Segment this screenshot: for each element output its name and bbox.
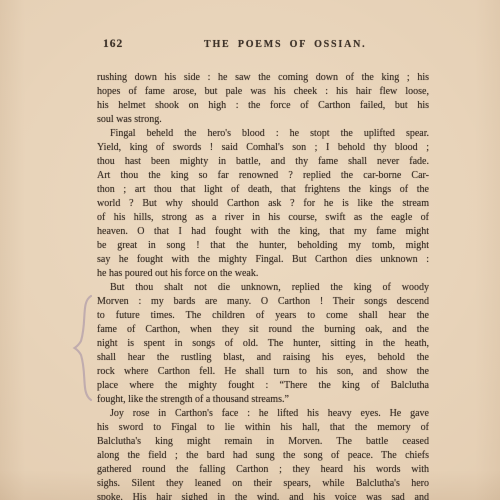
text-line: his sword to Fingal to lie within his ha…: [97, 421, 429, 435]
text-line: Art thou the king so far renowned ? repl…: [97, 169, 429, 183]
text-line: of his hills, strong as a river in his c…: [97, 211, 429, 225]
text-line: his helmet shook on high : the force of …: [97, 99, 429, 113]
text-line: rushing down his side : he saw the comin…: [97, 71, 429, 85]
text-line: gathered round the falling Carthon ; the…: [97, 463, 429, 477]
text-line: Joy rose in Carthon's face : he lifted h…: [97, 407, 429, 421]
text-line: Yield, king of swords ! said Comhal's so…: [97, 141, 429, 155]
text-line: rock where Carthon fell. He shall turn t…: [97, 365, 429, 379]
text-line: But thou shalt not die unknown, replied …: [97, 281, 429, 295]
page-header: 162 THE POEMS OF OSSIAN.: [0, 38, 500, 54]
text-line: thon ; art thou that light of death, tha…: [97, 183, 429, 197]
page-number: 162: [103, 38, 123, 50]
text-line: Balclutha's king might remain in Morven.…: [97, 435, 429, 449]
text-block: rushing down his side : he saw the comin…: [97, 71, 429, 500]
running-title: THE POEMS OF OSSIAN.: [204, 39, 366, 50]
margin-brace-annotation: [70, 293, 96, 403]
text-line: fame of Carthon, when they sit round the…: [97, 323, 429, 337]
text-line: spoke. His hair sighed in the wind, and …: [97, 491, 429, 500]
text-line: place where the mighty fought : “There t…: [97, 379, 429, 393]
text-line: to future times. The children of years t…: [97, 309, 429, 323]
text-line: hopes of fame arose, but pale was his ch…: [97, 85, 429, 99]
text-line: fought, like the strength of a thousand …: [97, 393, 429, 407]
text-line: he has poured out his force on the weak.: [97, 267, 429, 281]
book-page: 162 THE POEMS OF OSSIAN. rushing down hi…: [0, 0, 500, 500]
text-line: shall hear the rustling blast, and raisi…: [97, 351, 429, 365]
text-line: say he fought with the mighty Fingal. Bu…: [97, 253, 429, 267]
text-line: Morven : my bards are many. O Carthon ! …: [97, 295, 429, 309]
text-line: sighs. Silent they leaned on their spear…: [97, 477, 429, 491]
text-line: soul was strong.: [97, 113, 429, 127]
text-line: world ? But why should Carthon ask ? for…: [97, 197, 429, 211]
text-line: thou hast been mighty in battle, and thy…: [97, 155, 429, 169]
text-line: be great in song ! that the hunter, beho…: [97, 239, 429, 253]
text-line: Fingal beheld the hero's blood : he stop…: [97, 127, 429, 141]
text-line: night is spent in songs of old. The hunt…: [97, 337, 429, 351]
text-line: along the field ; the bard had sung the …: [97, 449, 429, 463]
text-line: heaven. O that I had fought with the kin…: [97, 225, 429, 239]
